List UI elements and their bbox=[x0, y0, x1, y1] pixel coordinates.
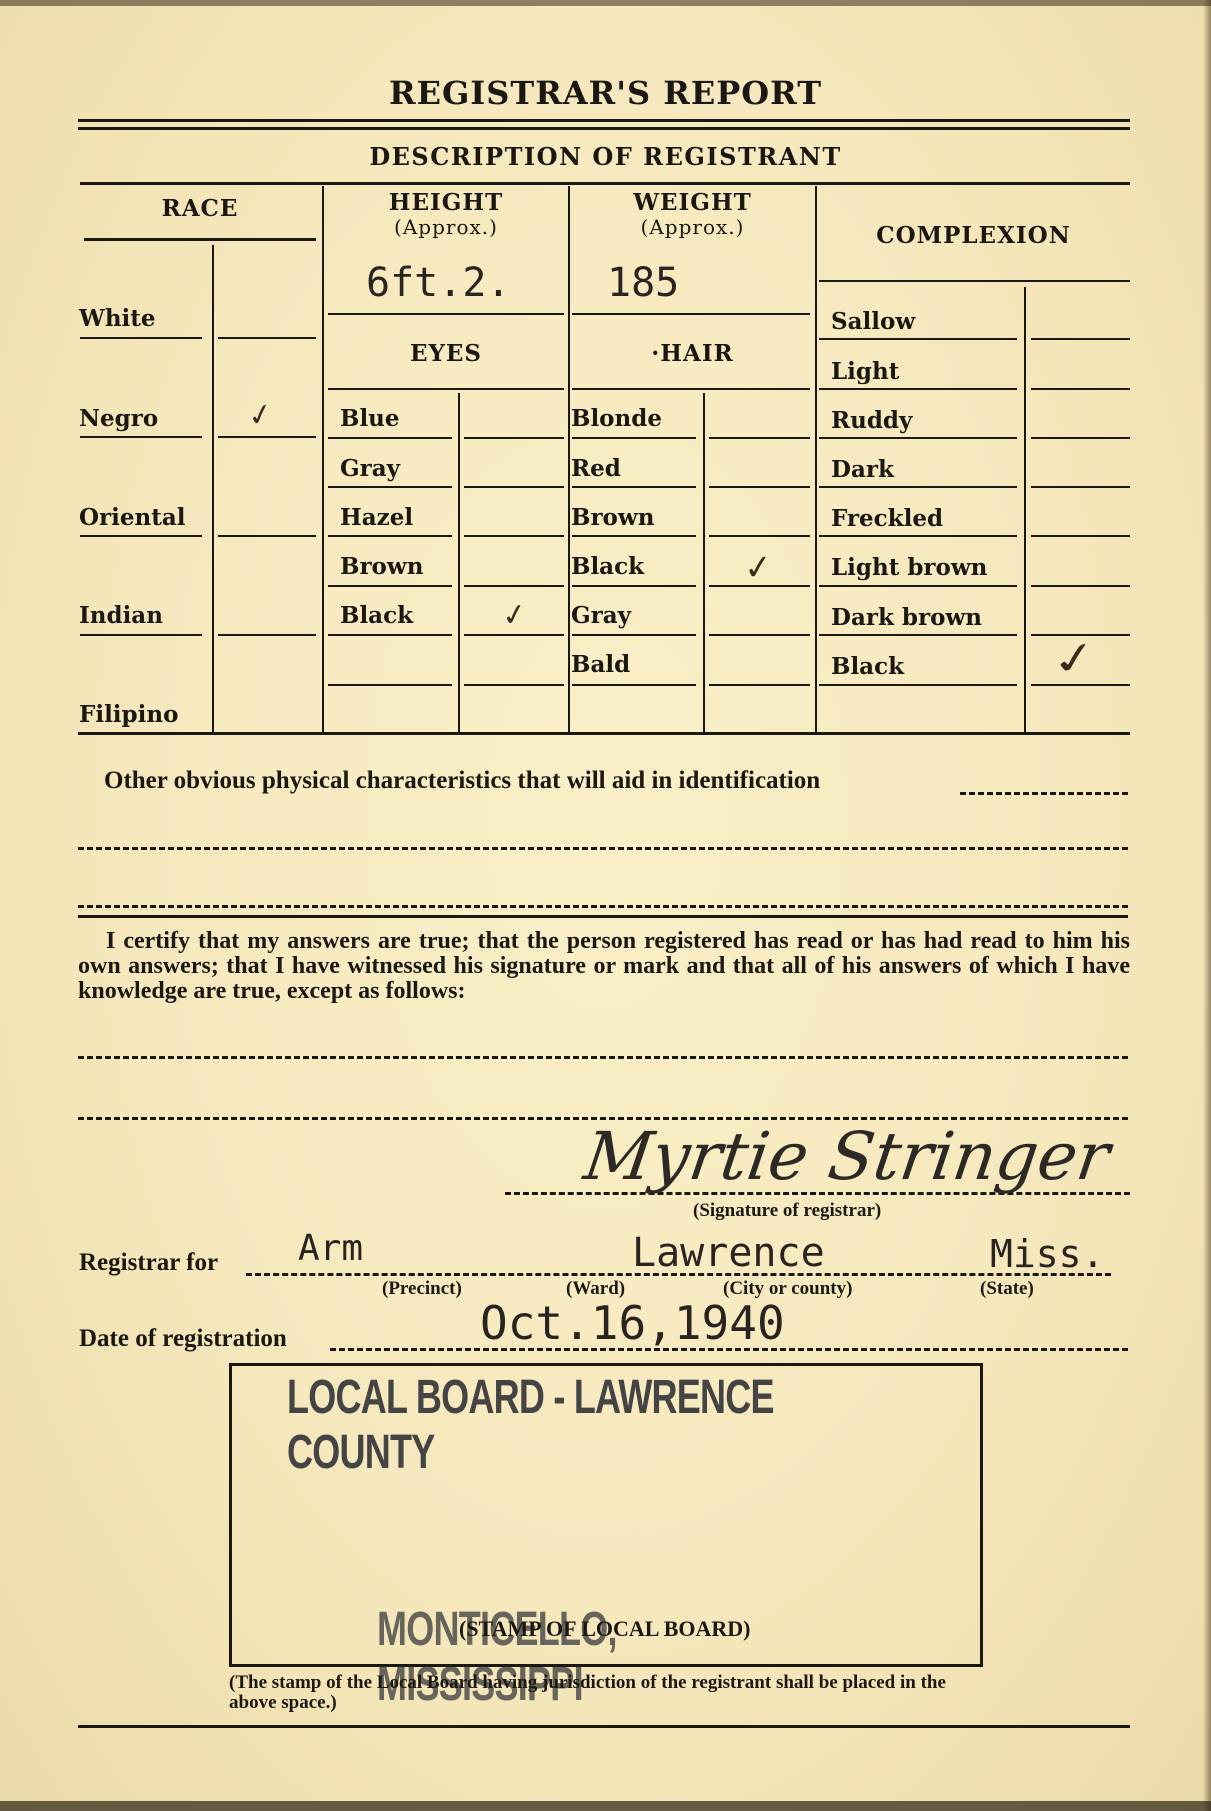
complexion-check-rule bbox=[1031, 585, 1130, 587]
title-rule-top bbox=[78, 119, 1130, 122]
complexion-option-black: Black bbox=[831, 653, 904, 680]
race-row-rule bbox=[80, 337, 202, 339]
race-check-divider bbox=[212, 245, 214, 732]
eyes-check-rule bbox=[464, 437, 564, 439]
height-header: HEIGHT (Approx.) bbox=[324, 191, 568, 239]
complexion-check-rule bbox=[1031, 338, 1130, 340]
stamp-note: (The stamp of the Local Board having jur… bbox=[229, 1673, 989, 1713]
weight-value-rule bbox=[572, 313, 810, 315]
hair-option-black: Black bbox=[571, 553, 644, 580]
paper-edge-right bbox=[1203, 0, 1211, 1811]
hair-row-rule bbox=[572, 486, 696, 488]
weight-header: WEIGHT (Approx.) bbox=[570, 191, 815, 239]
hair-option-bald: Bald bbox=[571, 651, 630, 678]
complexion-row-rule bbox=[819, 338, 1017, 340]
hair-row-rule bbox=[572, 684, 696, 686]
eyes-option-gray: Gray bbox=[340, 455, 400, 482]
hair-check-rule bbox=[709, 437, 810, 439]
weight-header-sub: (Approx.) bbox=[570, 215, 815, 239]
race-check-rule bbox=[218, 634, 316, 636]
city-or-county-value[interactable]: Lawrence bbox=[632, 1230, 825, 1276]
race-row-rule bbox=[80, 634, 202, 636]
eyes-row-rule bbox=[328, 437, 452, 439]
eyes-option-blue: Blue bbox=[340, 405, 400, 432]
hair-option-gray: Gray bbox=[571, 602, 631, 629]
race-check-rule bbox=[218, 535, 316, 537]
complexion-header: COMPLEXION bbox=[817, 222, 1130, 249]
hair-check-rule bbox=[709, 634, 810, 636]
col-divider-race-height bbox=[322, 186, 324, 732]
hair-check-rule bbox=[709, 585, 810, 587]
complexion-row-rule bbox=[819, 684, 1017, 686]
eyes-check-divider bbox=[458, 393, 460, 732]
eyes-row-rule bbox=[328, 486, 452, 488]
precinct-value[interactable]: Arm bbox=[298, 1228, 363, 1269]
hair-check-divider bbox=[703, 393, 705, 732]
eyes-check-rule bbox=[464, 684, 564, 686]
title-rule-bottom bbox=[78, 127, 1130, 130]
col-divider-weight-complexion bbox=[815, 186, 817, 732]
race-check-rule bbox=[218, 436, 316, 438]
complexion-black-checkbox[interactable]: ✓ bbox=[1046, 631, 1103, 687]
registrar-signature: Myrtie Stringer bbox=[580, 1118, 1115, 1195]
other-characteristics-field-line1[interactable] bbox=[960, 792, 1128, 795]
eyes-check-rule bbox=[464, 585, 564, 587]
signature-caption: (Signature of registrar) bbox=[693, 1200, 881, 1222]
precinct-caption: (Precinct) bbox=[382, 1278, 462, 1300]
height-value[interactable]: 6ft.2. bbox=[366, 260, 511, 306]
weight-header-label: WEIGHT bbox=[570, 191, 815, 215]
other-characteristics-label: Other obvious physical characteristics t… bbox=[104, 768, 820, 793]
complexion-row-rule bbox=[819, 437, 1017, 439]
date-of-registration-value[interactable]: Oct.16,1940 bbox=[480, 1296, 785, 1350]
hair-check-rule bbox=[709, 486, 810, 488]
eyes-option-brown: Brown bbox=[340, 553, 423, 580]
section-title: DESCRIPTION OF REGISTRANT bbox=[0, 142, 1211, 171]
eyes-check-rule bbox=[464, 634, 564, 636]
eyes-row-rule bbox=[328, 535, 452, 537]
hair-option-brown: Brown bbox=[571, 504, 654, 531]
stamp-box: LOCAL BOARD - LAWRENCE COUNTY MONTICELLO… bbox=[229, 1363, 983, 1667]
eyes-check-rule bbox=[464, 486, 564, 488]
race-check-rule bbox=[218, 337, 316, 339]
complexion-check-rule bbox=[1031, 437, 1130, 439]
complexion-row-rule bbox=[819, 486, 1017, 488]
table-top-rule bbox=[80, 182, 1130, 185]
complexion-check-rule bbox=[1031, 684, 1130, 686]
hair-option-blonde: Blonde bbox=[571, 405, 662, 432]
page-title: REGISTRAR'S REPORT bbox=[0, 74, 1211, 112]
other-characteristics-field-line3[interactable] bbox=[78, 905, 1128, 908]
complexion-row-rule bbox=[819, 388, 1017, 390]
race-option-negro: Negro bbox=[79, 405, 158, 432]
state-caption: (State) bbox=[980, 1278, 1034, 1300]
paper-edge-top bbox=[0, 0, 1211, 6]
weight-value[interactable]: 185 bbox=[607, 260, 679, 306]
complexion-option-freckled: Freckled bbox=[831, 505, 943, 532]
complexion-header-rule bbox=[819, 280, 1130, 282]
race-row-rule bbox=[80, 436, 202, 438]
complexion-option-dark: Dark bbox=[831, 456, 894, 483]
section-rule bbox=[78, 915, 1128, 918]
eyes-black-checkbox[interactable]: ✓ bbox=[499, 596, 530, 635]
hair-row-rule bbox=[572, 585, 696, 587]
table-bottom-rule bbox=[78, 732, 1130, 735]
race-row-rule bbox=[80, 535, 202, 537]
complexion-option-light: Light bbox=[831, 358, 899, 385]
registrar-for-label: Registrar for bbox=[79, 1250, 218, 1275]
complexion-option-ruddy: Ruddy bbox=[831, 407, 912, 434]
height-header-label: HEIGHT bbox=[324, 191, 568, 215]
hair-check-rule bbox=[709, 535, 810, 537]
height-header-sub: (Approx.) bbox=[324, 215, 568, 239]
bottom-rule bbox=[78, 1725, 1130, 1728]
complexion-option-dark-brown: Dark brown bbox=[831, 604, 982, 631]
col-divider-height-weight bbox=[568, 186, 570, 732]
complexion-check-divider bbox=[1024, 287, 1026, 732]
hair-header-rule bbox=[572, 388, 810, 390]
race-option-white: White bbox=[79, 305, 156, 332]
race-option-filipino: Filipino bbox=[79, 701, 178, 728]
paper-edge-bottom bbox=[0, 1801, 1211, 1811]
hair-row-rule bbox=[572, 437, 696, 439]
complexion-row-rule bbox=[819, 585, 1017, 587]
race-header: RACE bbox=[80, 195, 320, 222]
hair-option-red: Red bbox=[571, 455, 621, 482]
eyes-row-rule bbox=[328, 684, 452, 686]
eyes-check-rule bbox=[464, 535, 564, 537]
eyes-option-black: Black bbox=[340, 602, 413, 629]
hair-check-rule bbox=[709, 684, 810, 686]
complexion-row-rule bbox=[819, 634, 1017, 636]
eyes-option-hazel: Hazel bbox=[340, 504, 413, 531]
height-value-rule bbox=[328, 313, 564, 315]
race-negro-checkbox[interactable]: ✓ bbox=[245, 396, 277, 435]
race-header-rule bbox=[84, 238, 316, 241]
state-value[interactable]: Miss. bbox=[990, 1232, 1104, 1276]
stamp-box-caption: (STAMP OF LOCAL BOARD) bbox=[459, 1616, 751, 1642]
eyes-row-rule bbox=[328, 634, 452, 636]
date-of-registration-label: Date of registration bbox=[79, 1326, 287, 1351]
hair-black-checkbox[interactable]: ✓ bbox=[742, 547, 775, 590]
exceptions-field-line1[interactable] bbox=[78, 1056, 1128, 1059]
other-characteristics-field-line2[interactable] bbox=[78, 847, 1128, 850]
complexion-check-rule bbox=[1031, 486, 1130, 488]
hair-row-rule bbox=[572, 634, 696, 636]
certification-text: I certify that my answers are true; that… bbox=[78, 929, 1130, 1004]
complexion-check-rule bbox=[1031, 388, 1130, 390]
hair-row-rule bbox=[572, 535, 696, 537]
complexion-option-light-brown: Light brown bbox=[831, 554, 987, 581]
race-option-indian: Indian bbox=[79, 602, 163, 629]
eyes-header: EYES bbox=[324, 340, 568, 367]
complexion-check-rule bbox=[1031, 634, 1130, 636]
eyes-header-rule bbox=[328, 388, 564, 390]
complexion-option-sallow: Sallow bbox=[831, 308, 915, 335]
stamp-local-board: LOCAL BOARD - LAWRENCE COUNTY bbox=[287, 1370, 807, 1480]
hair-header: ·HAIR bbox=[570, 340, 815, 367]
eyes-row-rule bbox=[328, 585, 452, 587]
race-option-oriental: Oriental bbox=[79, 504, 186, 531]
complexion-row-rule bbox=[819, 535, 1017, 537]
complexion-check-rule bbox=[1031, 535, 1130, 537]
